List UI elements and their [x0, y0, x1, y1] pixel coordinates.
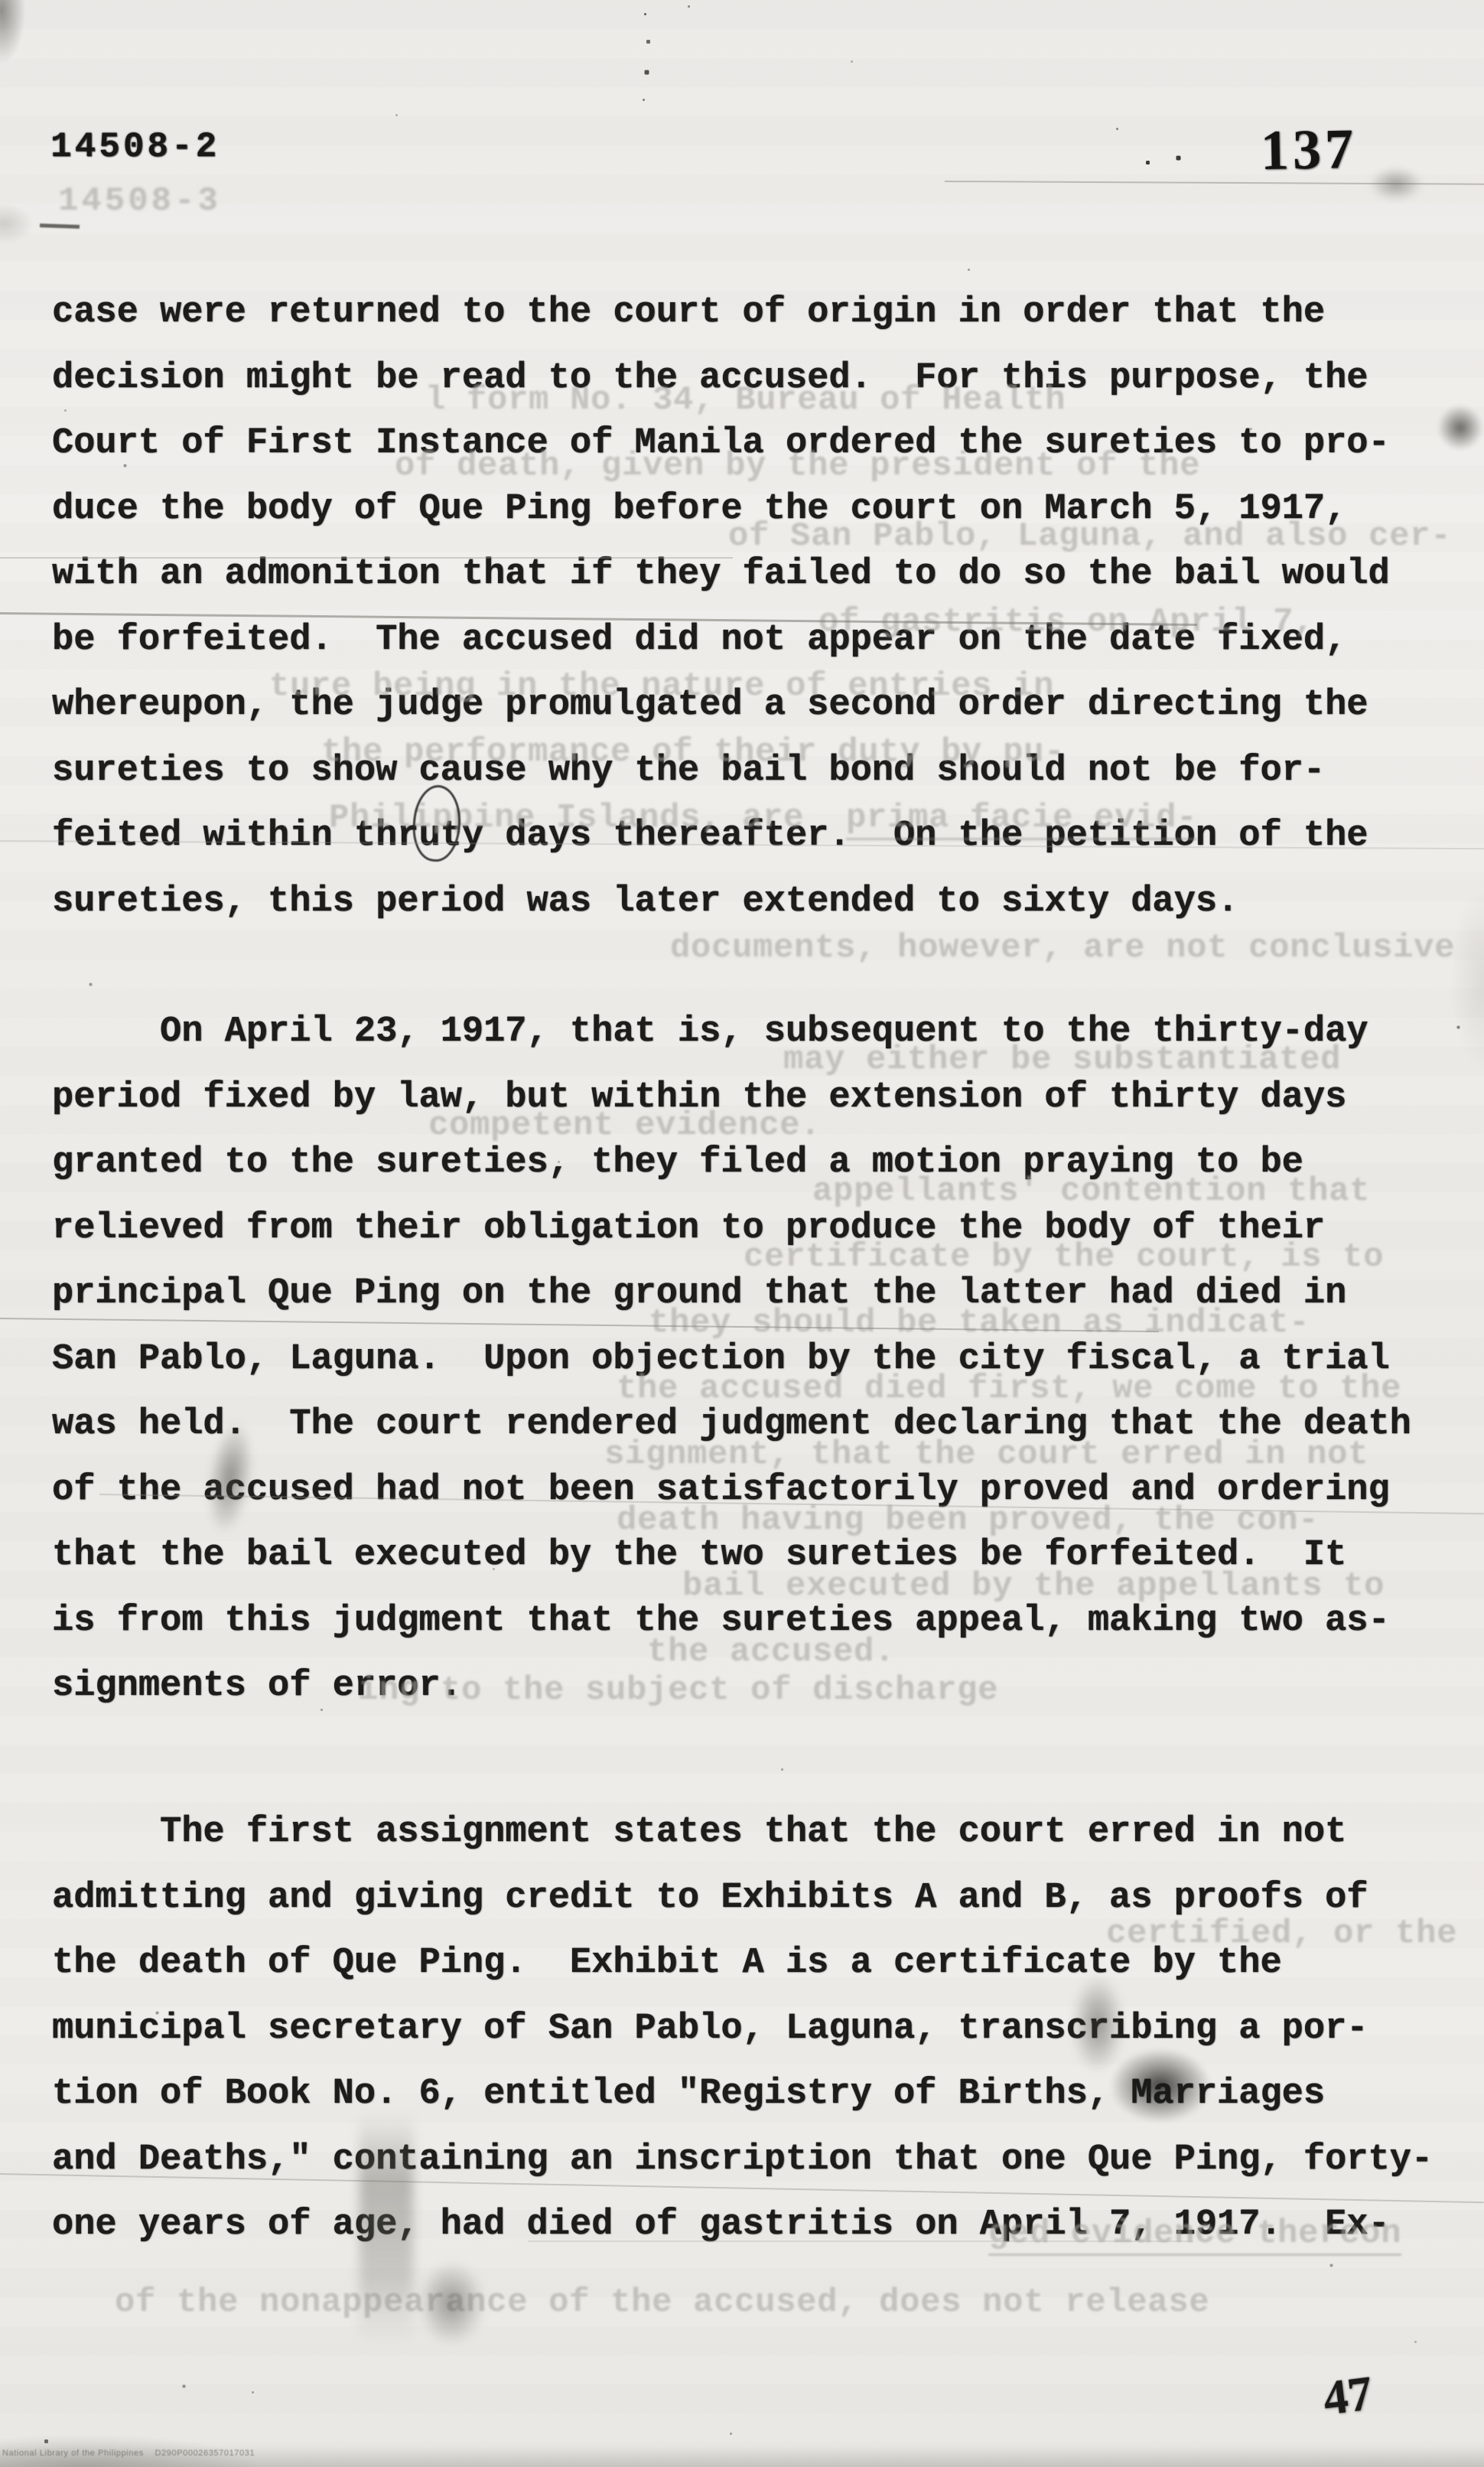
ghost-text-line: ing to the subject of discharge [358, 1671, 998, 1709]
ink-smear [1369, 167, 1423, 201]
case-number-ghost: 14508-3 [58, 182, 221, 220]
ghost-text-line: signment, that the court erred in not [604, 1436, 1368, 1474]
typewritten-line: The first assignment states that the cou… [52, 1800, 1460, 1866]
typewritten-line: sureties, this period was later extended… [52, 869, 1460, 935]
typewritten-line: case were returned to the court of origi… [52, 280, 1460, 346]
ghost-text-line: of San Pablo, Laguna, and also cer- [728, 517, 1451, 556]
library-watermark: National Library of the Philippines D290… [2, 2449, 255, 2458]
ghost-text-line: certificate by the court, is to [744, 1238, 1384, 1276]
typewritten-line: tion of Book No. 6, entitled "Registry o… [52, 2061, 1460, 2127]
ghost-text-line: documents, however, are not conclusive [670, 929, 1455, 967]
scanned-document-page: 14508-2 14508-3 137 case were returned t… [0, 0, 1484, 2467]
typewritten-line: and Deaths," containing an inscription t… [52, 2127, 1460, 2193]
ghost-text-line: the accused. [647, 1633, 895, 1671]
ghost-text-line: the accused died first, we come to the [617, 1370, 1401, 1408]
ghost-text-line: l form No. 34, Bureau of Health [425, 381, 1066, 419]
typewritten-line: municipal secretary of San Pablo, Laguna… [52, 1996, 1460, 2062]
ghost-text-line: death having been proved, the con- [617, 1501, 1319, 1540]
ghost-text-line: of gastritis on April 7, [818, 603, 1314, 641]
ghost-text-line: prima facie evid- [846, 799, 1197, 840]
ghost-text-line: certified, or the [1106, 1915, 1457, 1953]
ghost-text-line: of death, given by the president of the [395, 447, 1200, 485]
ghost-text-line: of the nonappearance of the accused, doe… [115, 2283, 1209, 2322]
ghost-text-line: ture being in the nature of entries in [269, 667, 1054, 706]
dust-speckles [0, 0, 1, 1]
ghost-text-line: the performance of their duty by pu- [321, 733, 1065, 771]
page-number: 137 [1260, 117, 1357, 184]
ghost-text-line: appellants' contention that [812, 1172, 1370, 1211]
ghost-text-line: competent evidence. [428, 1106, 821, 1145]
ghost-text-line: may either be substantiated [783, 1041, 1341, 1079]
ghost-text-line: they should be taken as indicat- [649, 1304, 1310, 1342]
case-number: 14508-2 [50, 127, 220, 167]
paragraph-3: The first assignment states that the cou… [52, 1800, 1460, 2258]
scan-line [945, 181, 1484, 185]
ghost-text-line: Philippine Islands, are [329, 799, 825, 837]
ghost-text-line: ged evidence thereon [988, 2214, 1401, 2256]
folio-number: 47 [1320, 2364, 1376, 2426]
ghost-text-line: bail executed by the appellants to [682, 1567, 1385, 1605]
pen-dash-mark [40, 223, 80, 229]
